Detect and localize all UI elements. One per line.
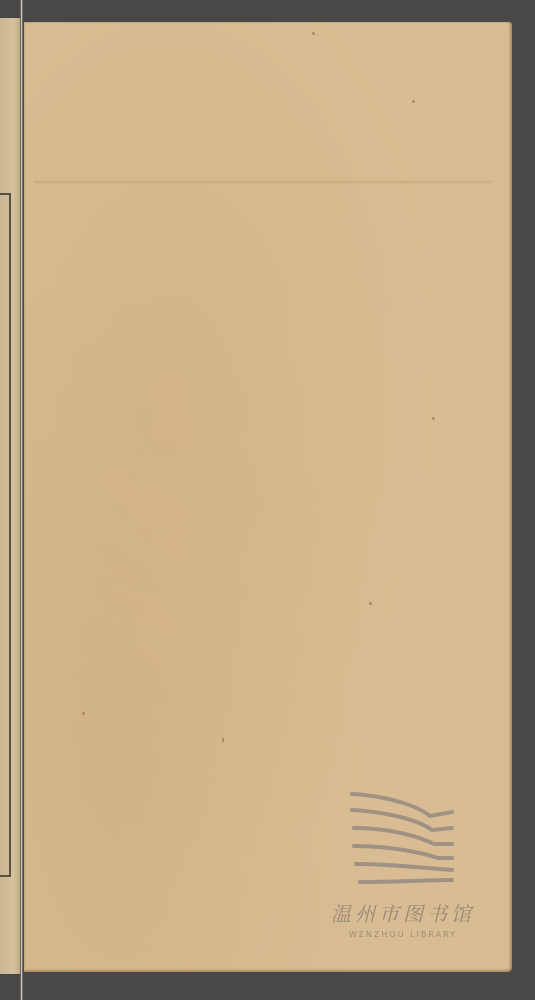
library-watermark: 温州市图书馆 WENZHOU LIBRARY [318,790,488,950]
paper-speck [222,737,224,743]
paper-speck [412,100,415,103]
paper-speck [369,602,372,605]
watermark-chinese-text: 温州市图书馆 [318,898,488,927]
paper-speck [312,32,315,35]
paper-speck [432,417,435,420]
page-fold-crease [34,180,492,184]
left-page-border-frame [0,193,11,877]
adjacent-left-page-edge [0,18,22,974]
book-spine-gutter [20,0,23,1000]
watermark-english-text: WENZHOU LIBRARY [318,930,488,939]
wave-lines-logo-icon [348,790,458,890]
paper-speck [82,712,85,715]
